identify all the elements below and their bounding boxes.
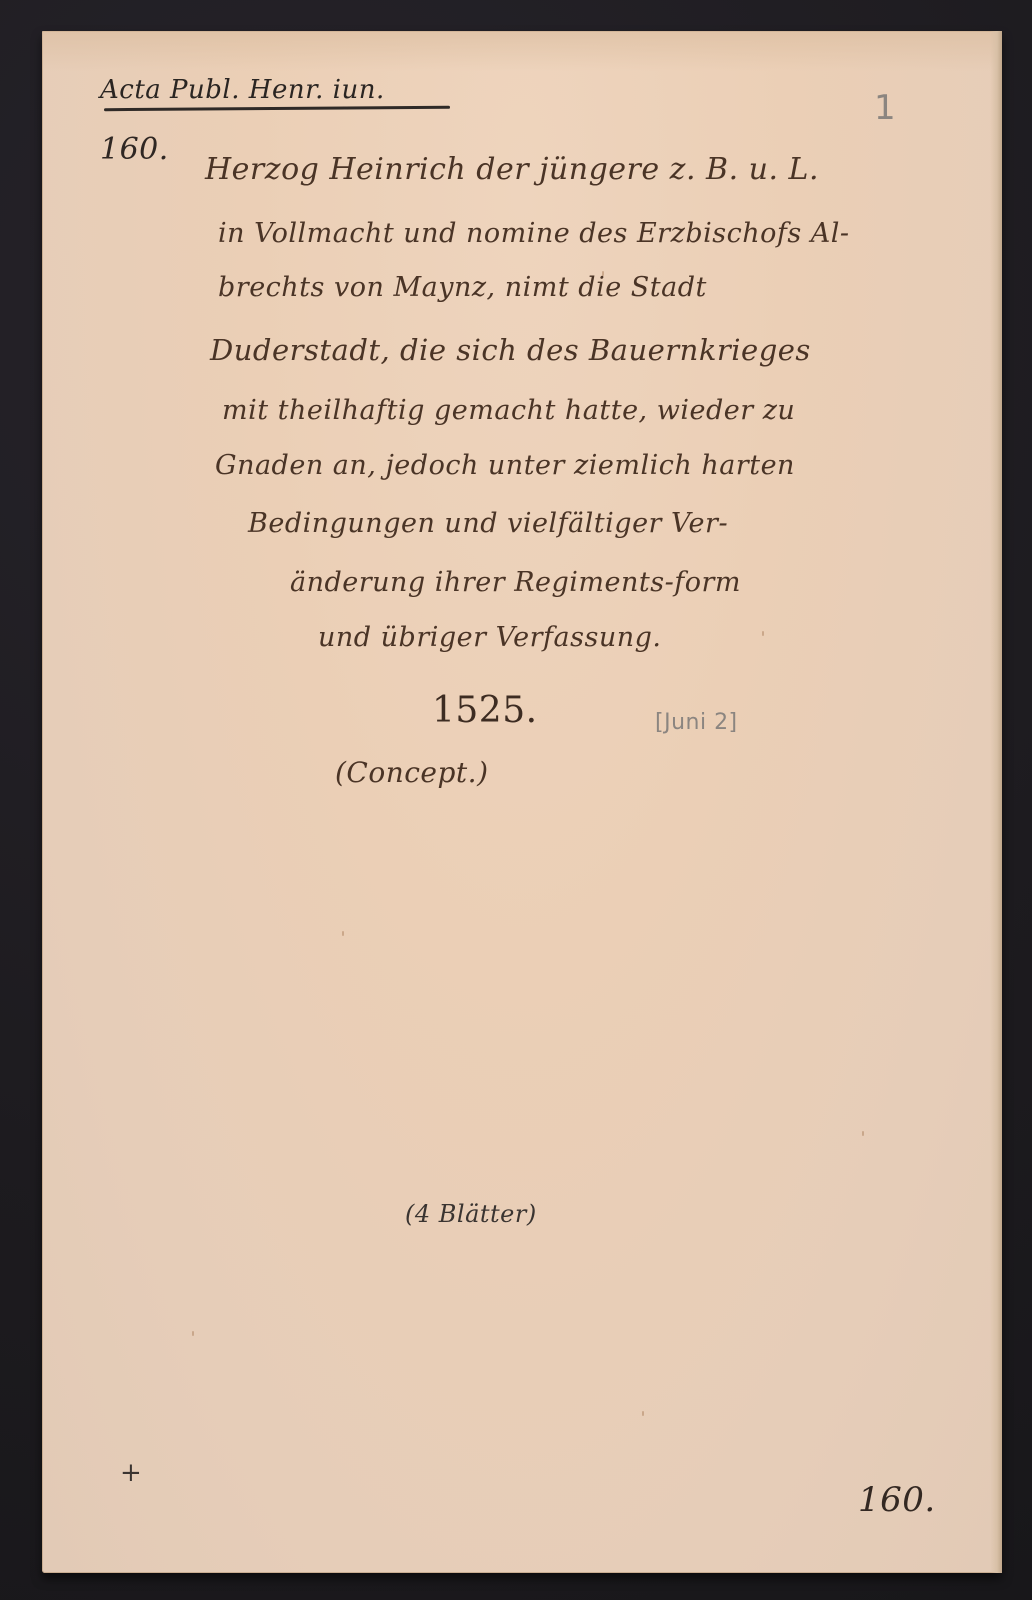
body-line-5: mit theilhaftig gemacht hatte, wieder zu xyxy=(222,395,795,426)
leaf-count: (4 Blätter) xyxy=(405,1200,537,1228)
body-line-9: und übriger Verfassung. xyxy=(318,622,661,653)
body-line-7: Bedingungen und vielfältiger Ver- xyxy=(248,508,728,539)
status-note: (Concept.) xyxy=(335,756,489,789)
document-year: 1525. xyxy=(432,690,538,731)
body-line-6: Gnaden an, jedoch unter ziemlich harten xyxy=(215,450,795,481)
folio-number: 1 xyxy=(874,88,896,128)
body-line-1: Herzog Heinrich der jüngere z. B. u. L. xyxy=(205,152,819,187)
body-line-3: brechts von Maynz, nimt die Stadt xyxy=(218,272,707,303)
body-line-2: in Vollmacht und nomine des Erzbischofs … xyxy=(218,218,850,249)
cross-mark: + xyxy=(120,1458,142,1488)
date-note: [Juni 2] xyxy=(655,710,738,735)
body-line-4: Duderstadt, die sich des Bauernkrieges xyxy=(210,333,811,367)
series-label: Acta Publ. Henr. iun. xyxy=(100,75,385,105)
body-line-8: änderung ihrer Regiments-form xyxy=(290,567,741,598)
manuscript-page xyxy=(42,31,1002,1573)
archive-number: 160. xyxy=(100,132,169,167)
footer-archive-number: 160. xyxy=(858,1480,936,1520)
